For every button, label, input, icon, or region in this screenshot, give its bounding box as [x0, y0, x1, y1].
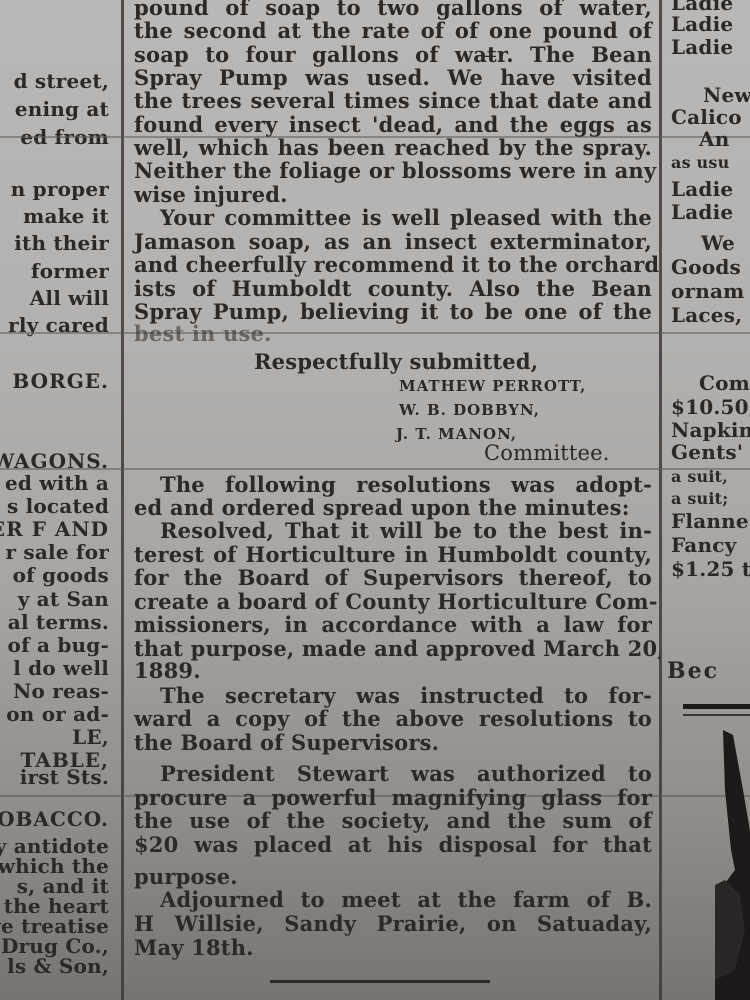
- article-line: Spray Pump was used. We have visited: [134, 66, 652, 89]
- article-line: Spray Pump, believing it to be one of th…: [134, 300, 652, 323]
- left-heading: BORGE.: [12, 370, 109, 393]
- left-line: LE,: [72, 726, 109, 749]
- article-line: the use of the society, and the sum of: [134, 809, 652, 832]
- right-line: Ladie: [671, 178, 733, 201]
- article-line: ed and ordered spread upon the minutes:: [134, 496, 652, 519]
- article-line: May 18th.: [134, 936, 652, 959]
- right-line: a suit,: [671, 465, 728, 488]
- article-line: procure a powerful magnifying glass for: [134, 786, 652, 809]
- left-line: d street,: [14, 70, 109, 93]
- right-line: Laces,: [671, 304, 742, 327]
- right-line: Calico: [671, 106, 742, 129]
- left-line: ith their: [14, 232, 109, 255]
- right-line: Com: [699, 372, 750, 395]
- article-line: 1889.: [134, 659, 652, 682]
- signature-closing: Respectfully submitted,: [254, 350, 538, 373]
- right-line: $1.25 t: [671, 558, 750, 581]
- article-line: the second at the rate of of one pound o…: [134, 19, 652, 42]
- article-line: $20 was placed at his disposal for that: [134, 833, 652, 856]
- left-line: ening at: [15, 98, 109, 121]
- left-line: No reas-: [13, 680, 109, 703]
- left-line: y at San: [18, 588, 109, 611]
- article-line: Neither the foliage or blossoms were in …: [134, 159, 652, 182]
- right-line: Ladie: [671, 36, 733, 59]
- left-column: d street, ening at ed from n proper make…: [0, 0, 121, 1000]
- article-line: for the Board of Supervisors thereof, to: [134, 566, 652, 589]
- article-line: and cheerfully recommend it to the orcha…: [134, 253, 652, 276]
- right-line: Ladie: [671, 13, 733, 36]
- left-line: irst Sts.: [20, 766, 109, 789]
- article-line: found every insect 'dead, and the eggs a…: [134, 113, 652, 136]
- article-line: Resolved, That it will be to the best in…: [160, 519, 652, 542]
- left-heading: OBACCO.: [0, 808, 109, 831]
- right-line: Napkin: [671, 419, 750, 442]
- center-column-article: pound of soap to two gallons of water, t…: [124, 0, 660, 1000]
- right-line: Gents': [671, 441, 743, 464]
- article-line: that purpose, made and approved March 20…: [134, 637, 652, 660]
- right-line: Goods: [671, 256, 741, 279]
- woodcut-illustration-icon: [715, 730, 750, 1000]
- article-line: ward a copy of the above resolutions to: [134, 707, 652, 730]
- article-line: the Board of Supervisors.: [134, 731, 652, 754]
- signature-name: MATHEW PERROTT,: [399, 375, 586, 398]
- article-line: purpose.: [134, 865, 652, 888]
- article-line: create a board of County Horticulture Co…: [134, 590, 652, 613]
- article-line: Adjourned to meet at the farm of B.: [160, 888, 652, 911]
- article-line: Jamason soap, as an insect exterminator,: [134, 230, 652, 253]
- article-line: the trees several times since that date …: [134, 89, 652, 112]
- left-line: on or ad-: [6, 703, 109, 726]
- article-line: President Stewart was authorized to: [160, 762, 652, 785]
- left-line: make it: [23, 205, 109, 228]
- heading-rule: [683, 704, 750, 709]
- left-line: ed with a: [5, 472, 109, 495]
- left-line: former: [31, 260, 109, 283]
- right-line: We: [701, 232, 735, 255]
- left-line: All will: [30, 287, 109, 310]
- right-line: $10.50;: [671, 396, 750, 419]
- article-line: Your committee is well pleased with the: [160, 206, 652, 229]
- right-line: Flanne: [671, 510, 749, 533]
- left-line: of goods: [13, 564, 109, 587]
- signature-name: W. B. DOBBYN,: [399, 399, 540, 422]
- article-line: The secretary was instructed to for-: [160, 684, 652, 707]
- article-end-rule: [270, 980, 490, 983]
- right-line: as usu: [671, 151, 729, 174]
- article-line: missioners, in accordance with a law for: [134, 613, 652, 636]
- article-line: best in use.: [134, 322, 652, 345]
- right-line: a suit;: [671, 487, 728, 510]
- heading-rule: [683, 714, 750, 716]
- left-line: of a bug-: [8, 634, 109, 657]
- left-line: s located: [7, 495, 109, 518]
- article-line: ists of Humboldt county. Also the Bean: [134, 277, 652, 300]
- article-line: well, which has been reached by the spra…: [134, 136, 652, 159]
- left-line: l do well: [13, 657, 109, 680]
- left-line: ER F AND: [0, 518, 109, 541]
- article-line: H Willsie, Sandy Prairie, on Satuaday,: [134, 912, 652, 935]
- right-line: Fancy: [671, 534, 736, 557]
- right-heading: Bec: [667, 660, 719, 683]
- right-line: Ladie: [671, 201, 733, 224]
- left-line: n proper: [11, 178, 109, 201]
- left-line: ls & Son,: [7, 955, 109, 978]
- signature-role: Committee.: [484, 442, 610, 465]
- left-line: al terms.: [8, 611, 109, 634]
- left-line: r sale for: [6, 541, 109, 564]
- article-line: soap to four gallons of wat̶r. The Bean: [134, 43, 652, 66]
- right-line: An: [699, 128, 729, 151]
- article-line: wise injured.: [134, 183, 652, 206]
- right-line: ornam: [671, 280, 745, 303]
- article-line: The following resolutions was adopt-: [160, 473, 652, 496]
- right-line: New: [703, 84, 750, 107]
- article-line: terest of Horticulture in Humboldt count…: [134, 543, 652, 566]
- article-line: pound of soap to two gallons of water,: [134, 0, 652, 19]
